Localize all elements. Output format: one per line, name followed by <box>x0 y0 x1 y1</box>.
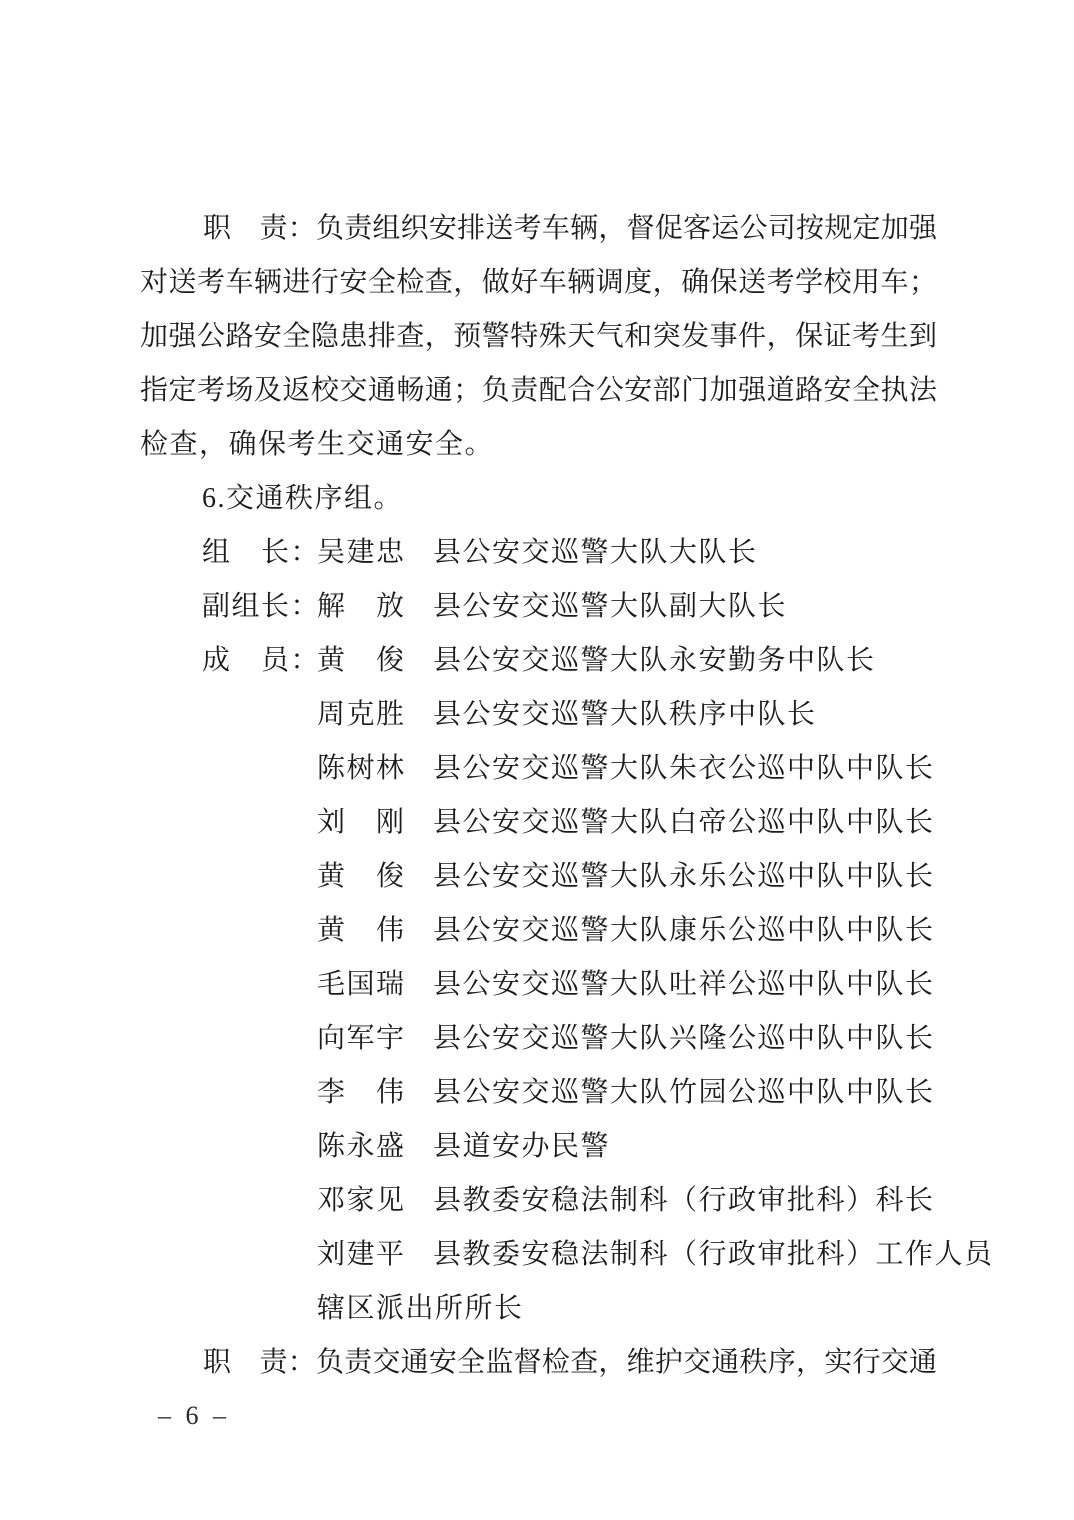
role-label: 成 员： <box>202 634 320 688</box>
duty-paragraph-top: 职 责：负责组织安排送考车辆，督促客运公司按规定加强 对送考车辆进行安全检查，做… <box>140 202 937 472</box>
member-name: 刘 刚 <box>317 796 406 850</box>
paragraph-line: 对送考车辆进行安全检查，做好车辆调度，确保送考学校用车； <box>140 256 937 310</box>
page-number: – 6 – <box>158 1396 230 1436</box>
member-name: 刘建平 <box>317 1228 406 1282</box>
member-row: 李 伟 县公安交巡警大队竹园公巡中队中队长 <box>140 1066 937 1120</box>
member-name: 解 放 <box>317 580 406 634</box>
document-page: 职 责：负责组织安排送考车辆，督促客运公司按规定加强 对送考车辆进行安全检查，做… <box>0 0 1074 1520</box>
duty-paragraph-bottom: 职 责：负责交通安全监督检查，维护交通秩序，实行交通 <box>140 1336 937 1390</box>
member-title: 县公安交巡警大队副大队长 <box>433 580 787 634</box>
member-row: 毛国瑞 县公安交巡警大队吐祥公巡中队中队长 <box>140 958 937 1012</box>
member-row: 陈树林 县公安交巡警大队朱衣公巡中队中队长 <box>140 742 937 796</box>
section-heading: 6.交通秩序组。 <box>140 472 937 526</box>
member-name: 毛国瑞 <box>317 958 406 1012</box>
member-row: 邓家见 县教委安稳法制科（行政审批科）科长 <box>140 1174 937 1228</box>
member-name: 李 伟 <box>317 1066 406 1120</box>
member-title: 县教委安稳法制科（行政审批科）科长 <box>433 1174 935 1228</box>
member-title: 县教委安稳法制科（行政审批科）工作人员 <box>433 1228 994 1282</box>
member-title: 县公安交巡警大队白帝公巡中队中队长 <box>433 796 935 850</box>
member-row: 组 长： 吴建忠 县公安交巡警大队大队长 <box>140 526 937 580</box>
paragraph-line: 加强公路安全隐患排查，预警特殊天气和突发事件，保证考生到 <box>140 310 937 364</box>
paragraph-line: 检查，确保考生交通安全。 <box>140 418 937 472</box>
member-row: 陈永盛 县道安办民警 <box>140 1120 937 1174</box>
member-name: 黄 俊 <box>317 634 406 688</box>
text-block: 职 责：负责组织安排送考车辆，督促客运公司按规定加强 对送考车辆进行安全检查，做… <box>140 202 937 1390</box>
member-title: 县公安交巡警大队吐祥公巡中队中队长 <box>433 958 935 1012</box>
member-name: 陈永盛 <box>317 1120 406 1174</box>
paragraph-line: 指定考场及返校交通畅通；负责配合公安部门加强道路安全执法 <box>140 364 937 418</box>
member-title: 县公安交巡警大队兴隆公巡中队中队长 <box>433 1012 935 1066</box>
member-list: 组 长： 吴建忠 县公安交巡警大队大队长 副组长： 解 放 县公安交巡警大队副大… <box>140 526 937 1336</box>
member-row: 辖区派出所所长 <box>140 1282 937 1336</box>
member-name: 邓家见 <box>317 1174 406 1228</box>
member-row: 副组长： 解 放 县公安交巡警大队副大队长 <box>140 580 937 634</box>
member-name: 黄 伟 <box>317 904 406 958</box>
member-row: 刘建平 县教委安稳法制科（行政审批科）工作人员 <box>140 1228 937 1282</box>
member-title: 县公安交巡警大队朱衣公巡中队中队长 <box>433 742 935 796</box>
paragraph-line: 职 责：负责组织安排送考车辆，督促客运公司按规定加强 <box>140 202 937 256</box>
member-row: 黄 伟 县公安交巡警大队康乐公巡中队中队长 <box>140 904 937 958</box>
member-title: 县公安交巡警大队秩序中队长 <box>433 688 817 742</box>
member-title: 县公安交巡警大队永乐公巡中队中队长 <box>433 850 935 904</box>
member-title: 县公安交巡警大队康乐公巡中队中队长 <box>433 904 935 958</box>
member-name: 周克胜 <box>317 688 406 742</box>
role-label: 组 长： <box>202 526 320 580</box>
member-title: 县公安交巡警大队永安勤务中队长 <box>433 634 876 688</box>
member-row: 向军宇 县公安交巡警大队兴隆公巡中队中队长 <box>140 1012 937 1066</box>
member-title: 县公安交巡警大队竹园公巡中队中队长 <box>433 1066 935 1120</box>
member-name: 吴建忠 <box>317 526 406 580</box>
paragraph-line: 职 责：负责交通安全监督检查，维护交通秩序，实行交通 <box>140 1336 937 1390</box>
member-title: 县道安办民警 <box>433 1120 610 1174</box>
role-label: 副组长： <box>202 580 320 634</box>
member-name: 黄 俊 <box>317 850 406 904</box>
member-row: 成 员： 黄 俊 县公安交巡警大队永安勤务中队长 <box>140 634 937 688</box>
member-row: 黄 俊 县公安交巡警大队永乐公巡中队中队长 <box>140 850 937 904</box>
member-row: 刘 刚 县公安交巡警大队白帝公巡中队中队长 <box>140 796 937 850</box>
member-name: 陈树林 <box>317 742 406 796</box>
member-name: 向军宇 <box>317 1012 406 1066</box>
member-row: 周克胜 县公安交巡警大队秩序中队长 <box>140 688 937 742</box>
member-title: 县公安交巡警大队大队长 <box>433 526 758 580</box>
member-name: 辖区派出所所长 <box>317 1282 524 1336</box>
